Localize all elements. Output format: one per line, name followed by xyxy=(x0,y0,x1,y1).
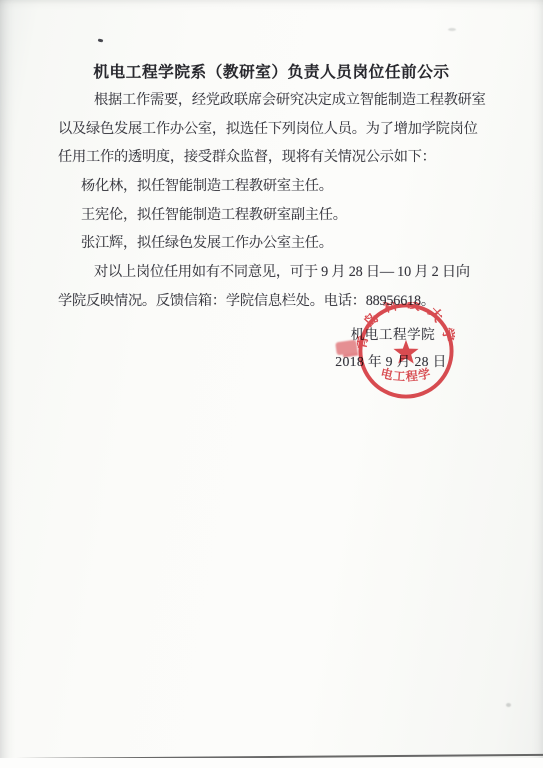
appointment-line: 张江辉，拟任绿色发展工作办公室主任。 xyxy=(58,229,486,258)
appointment-line: 王宪伦，拟任智能制造工程教研室副主任。 xyxy=(58,201,486,230)
scan-speck xyxy=(448,28,456,31)
seal-star-icon xyxy=(393,340,418,364)
document-body: 根据工作需要，经党政联席会研究决定成立智能制造工程教研室 以及绿色发展工作办公室… xyxy=(58,86,486,316)
document-title: 机电工程学院系（教研室）负责人员岗位任前公示 xyxy=(0,60,543,82)
official-seal: 青岛科技大学 机电工程学院 xyxy=(357,302,455,400)
body-line: 以及绿色发展工作办公室，拟选任下列岗位人员。为了增加学院岗位 xyxy=(58,115,486,144)
body-line: 根据工作需要，经党政联席会研究决定成立智能制造工程教研室 xyxy=(58,86,486,115)
scanned-document-page: 机电工程学院系（教研室）负责人员岗位任前公示 根据工作需要，经党政联席会研究决定… xyxy=(0,0,543,768)
ink-speck xyxy=(98,39,104,43)
scan-speck xyxy=(506,703,511,707)
appointment-line: 杨化林，拟任智能制造工程教研室主任。 xyxy=(58,172,486,201)
body-line: 任用工作的透明度，接受群众监督，现将有关情况公示如下： xyxy=(58,143,486,172)
scan-background xyxy=(0,758,543,768)
body-line: 对以上岗位任用如有不同意见，可于 9 月 28 日— 10 月 2 日向 xyxy=(58,258,486,287)
